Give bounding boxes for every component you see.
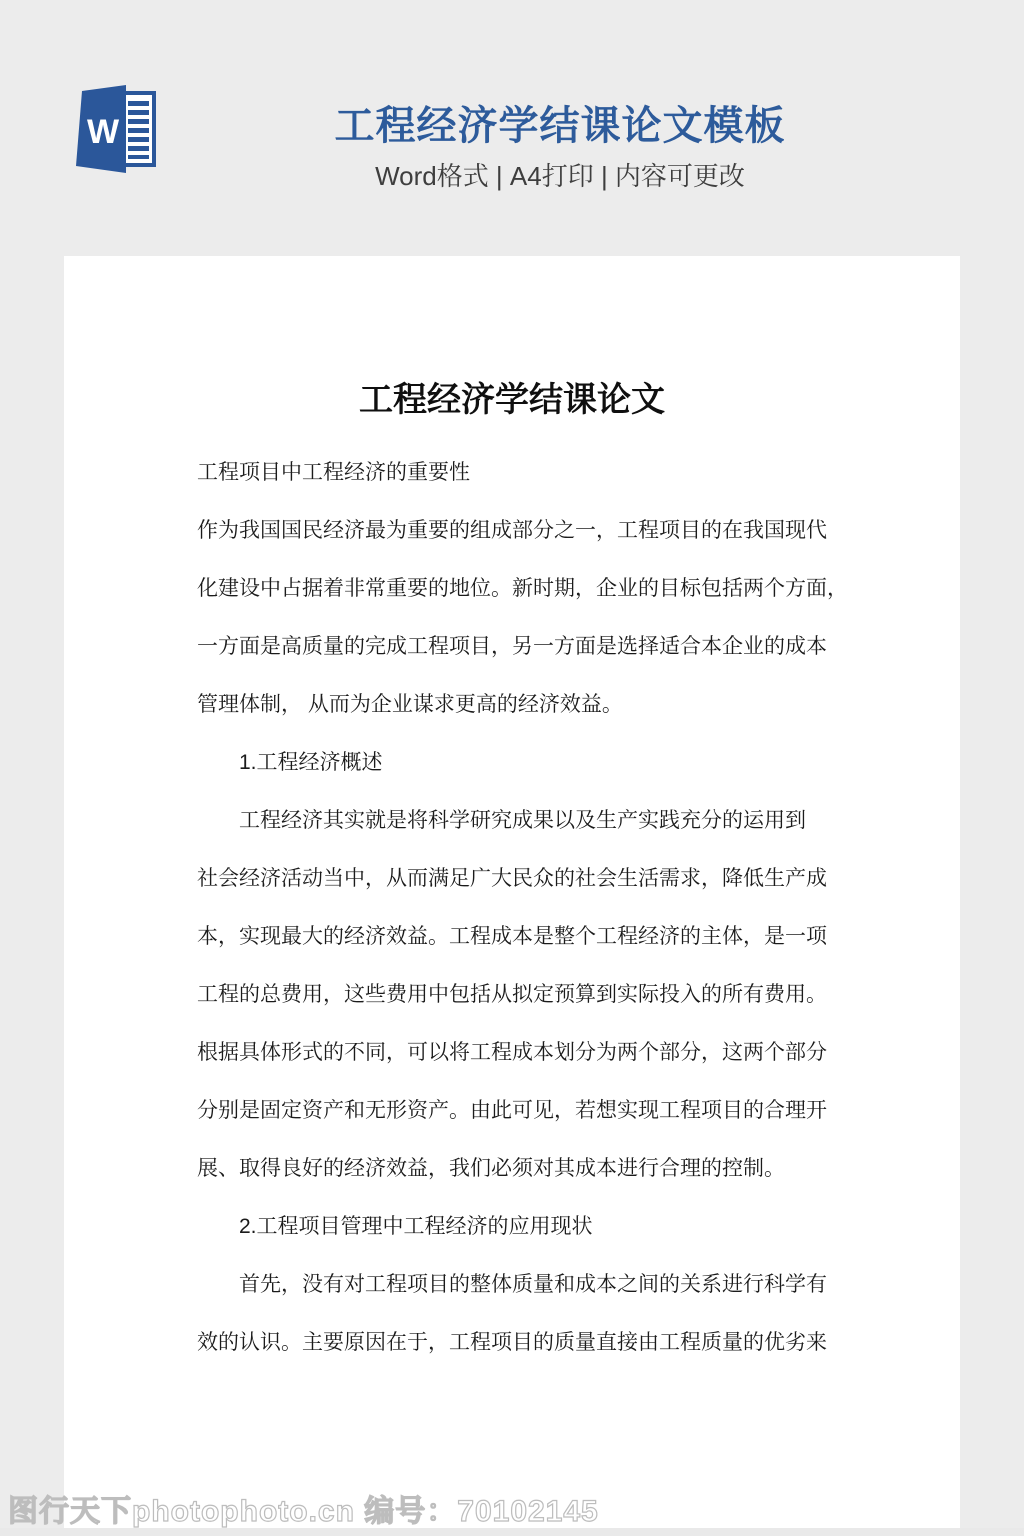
template-title: 工程经济学结课论文模板 bbox=[160, 94, 960, 151]
doc-line: 工程经济其实就是将科学研究成果以及生产实践充分的运用到 bbox=[197, 792, 857, 850]
doc-line: 工程项目中工程经济的重要性 bbox=[197, 444, 857, 502]
template-preview-page: { "colors": { "background": "#ececec", "… bbox=[0, 0, 1024, 1536]
doc-line: 社会经济活动当中，从而满足广大民众的社会生活需求，降低生产成 bbox=[197, 850, 857, 908]
word-logo-icon: W bbox=[76, 84, 158, 174]
doc-line: 1.工程经济概述 bbox=[197, 734, 857, 792]
document-body: 工程项目中工程经济的重要性作为我国国民经济最为重要的组成部分之一，工程项目的在我… bbox=[197, 444, 857, 1372]
doc-line: 首先，没有对工程项目的整体质量和成本之间的关系进行科学有 bbox=[197, 1256, 857, 1314]
doc-line: 分别是固定资产和无形资产。由此可见，若想实现工程项目的合理开 bbox=[197, 1082, 857, 1140]
doc-line: 2.工程项目管理中工程经济的应用现状 bbox=[197, 1198, 857, 1256]
watermark-text: 图行天下photophoto.cn 编号：70102145 bbox=[8, 1486, 599, 1530]
template-subtitle: Word格式 | A4打印 | 内容可更改 bbox=[160, 156, 960, 193]
doc-line: 一方面是高质量的完成工程项目，另一方面是选择适合本企业的成本 bbox=[197, 618, 857, 676]
document-title: 工程经济学结课论文 bbox=[64, 378, 960, 422]
svg-text:W: W bbox=[87, 113, 120, 151]
document-page: 工程经济学结课论文 工程项目中工程经济的重要性作为我国国民经济最为重要的组成部分… bbox=[64, 256, 960, 1528]
doc-line: 工程的总费用，这些费用中包括从拟定预算到实际投入的所有费用。 bbox=[197, 966, 857, 1024]
doc-line: 效的认识。主要原因在于，工程项目的质量直接由工程质量的优劣来 bbox=[197, 1314, 857, 1372]
doc-line: 管理体制， 从而为企业谋求更高的经济效益。 bbox=[197, 676, 857, 734]
bottom-strip bbox=[0, 1528, 1024, 1536]
doc-line: 作为我国国民经济最为重要的组成部分之一，工程项目的在我国现代 bbox=[197, 502, 857, 560]
header: W 工程经济学结课论文模板 Word格式 | A4打印 | 内容可更改 bbox=[0, 0, 1024, 256]
doc-line: 根据具体形式的不同，可以将工程成本划分为两个部分，这两个部分 bbox=[197, 1024, 857, 1082]
doc-line: 化建设中占据着非常重要的地位。新时期，企业的目标包括两个方面， bbox=[197, 560, 857, 618]
doc-line: 本，实现最大的经济效益。工程成本是整个工程经济的主体，是一项 bbox=[197, 908, 857, 966]
doc-line: 展、取得良好的经济效益，我们必须对其成本进行合理的控制。 bbox=[197, 1140, 857, 1198]
